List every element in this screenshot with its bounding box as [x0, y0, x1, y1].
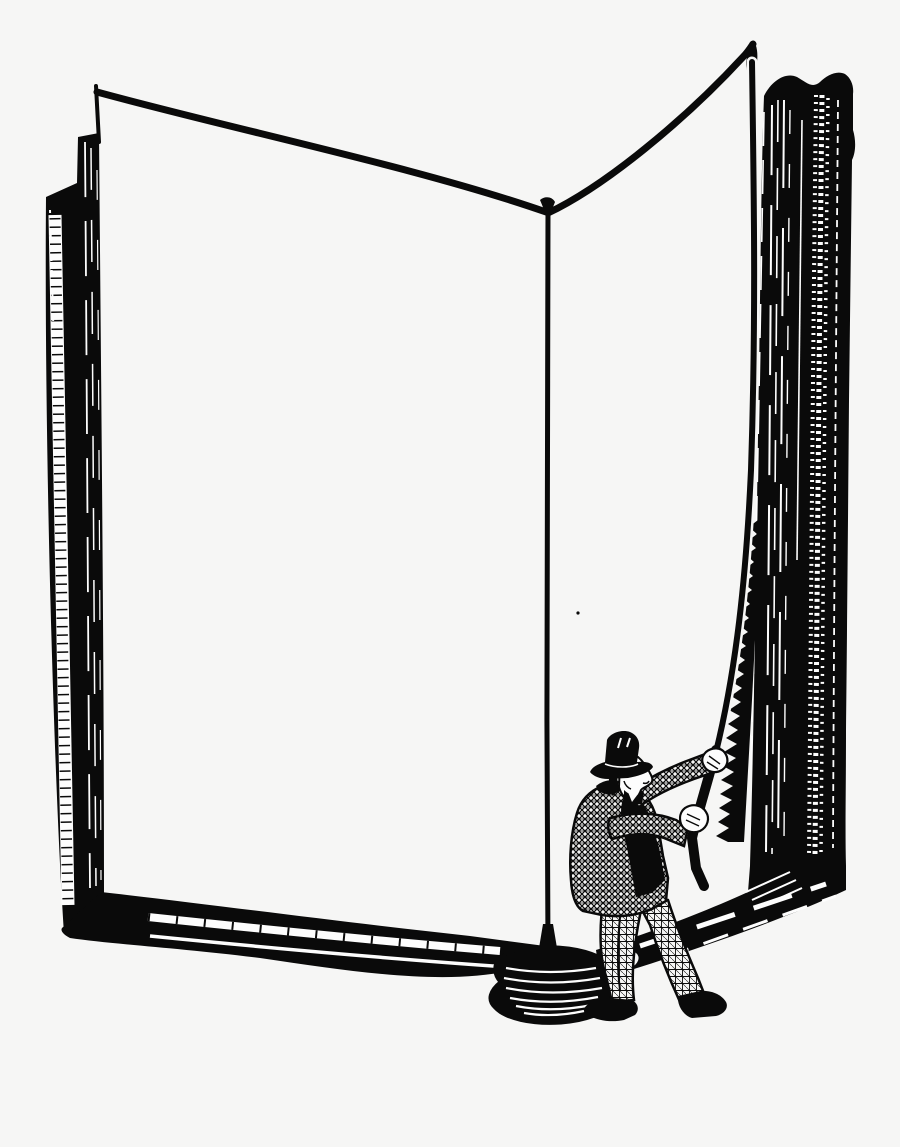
ink-speck [576, 611, 579, 614]
left-page [96, 86, 548, 950]
book-page-puller-illustration [0, 0, 900, 1147]
spine-fold-line [547, 210, 548, 950]
lower-hand [680, 805, 708, 832]
illustration-canvas [0, 0, 900, 1147]
